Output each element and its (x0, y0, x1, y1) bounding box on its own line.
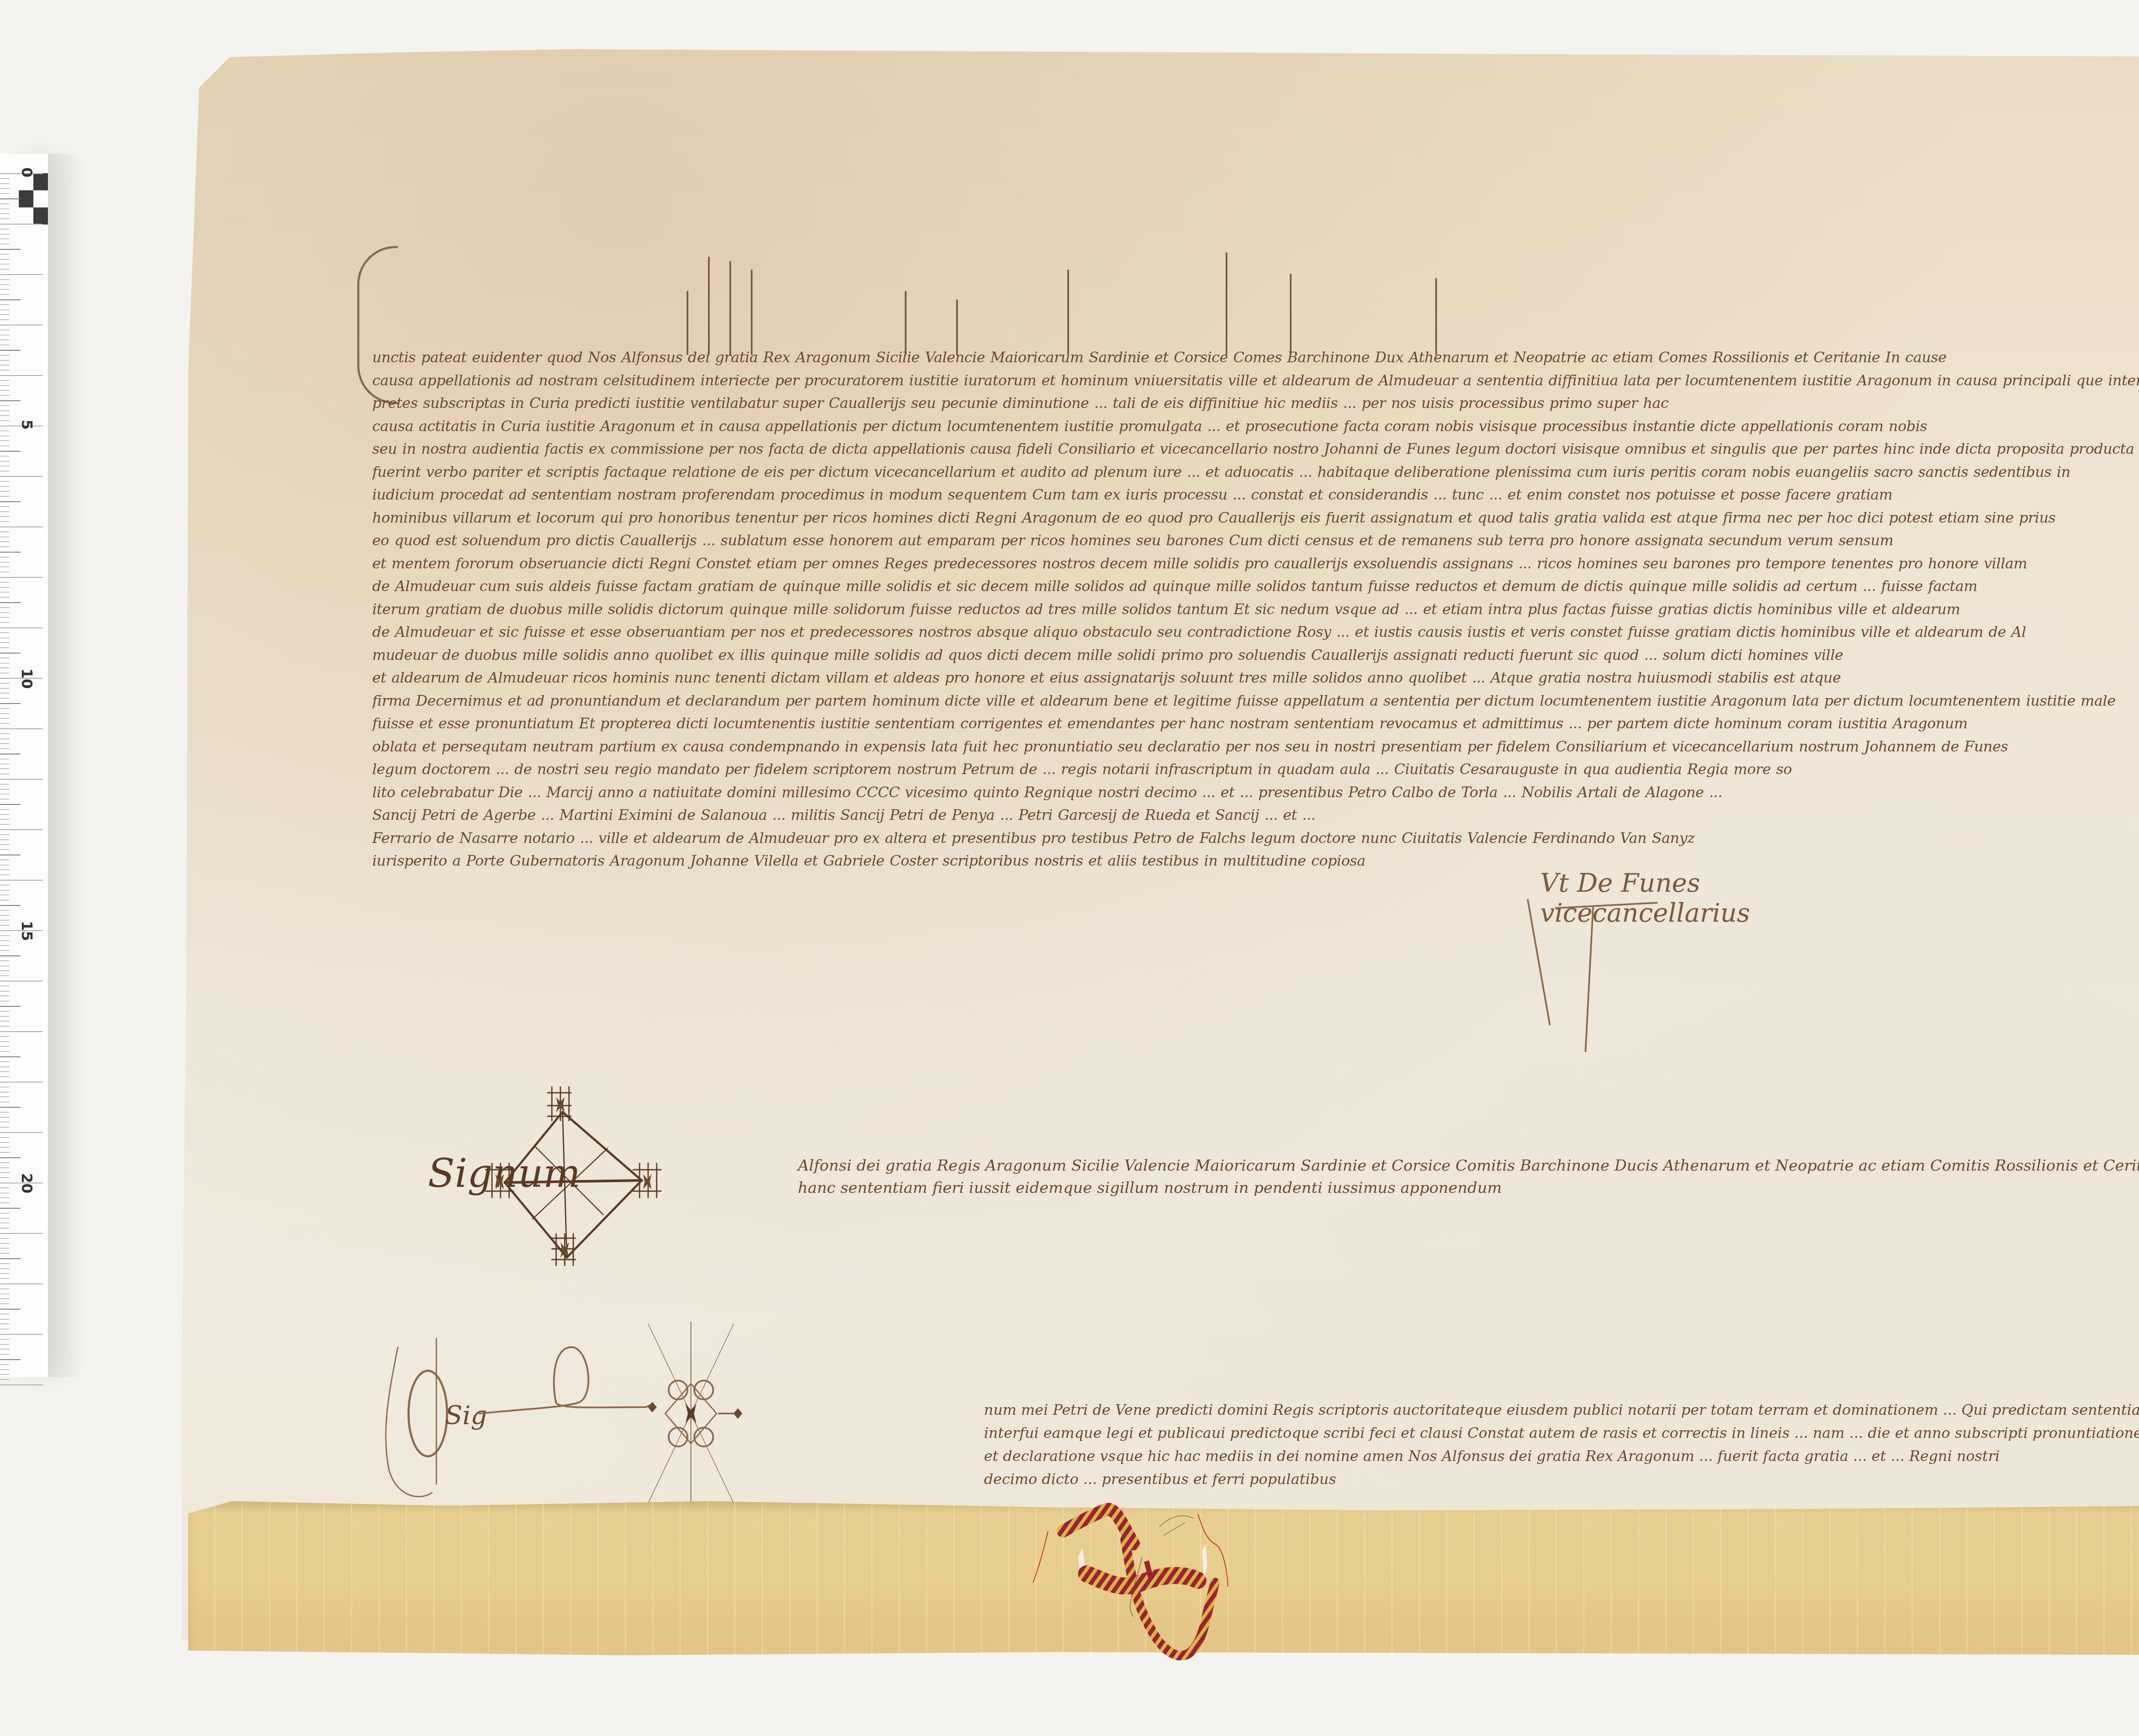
ruler-tick (0, 1142, 9, 1143)
ruler-tick (0, 476, 43, 477)
charter-text-line: seu in nostra audientia factis ex commis… (372, 438, 2139, 461)
ruler-tick (0, 1168, 9, 1168)
signature-text: Vt De Funes vicecancellarius (1540, 868, 1750, 928)
charter-text-line: eo quod est soluendum pro dictis Caualle… (372, 529, 2139, 553)
ruler-tick (0, 249, 21, 250)
ruler-tick (0, 1384, 43, 1385)
ruler-tick (0, 955, 21, 956)
signum-line: hanc sententiam fieri iussit eidemque si… (798, 1177, 2139, 1199)
ruler-label: 5 (18, 416, 35, 433)
ruler-tick (0, 1213, 9, 1213)
notary-line: et declaratione vsque hic hac mediis in … (984, 1445, 2139, 1468)
ruler-tick (0, 178, 9, 179)
ruler-tick (0, 920, 9, 920)
ruler-tick (0, 1309, 21, 1310)
ruler-tick (0, 395, 9, 396)
ruler-tick (0, 1269, 9, 1269)
ruler-tick (0, 1208, 21, 1209)
ruler-tick (0, 733, 9, 734)
ruler-tick (0, 567, 9, 567)
ruler-tick (0, 940, 9, 941)
ruler-tick (0, 789, 9, 790)
ruler-tick (0, 1258, 21, 1259)
ruler-tick (0, 1137, 9, 1138)
ruler-tick (0, 360, 9, 361)
ruler-tick (0, 1026, 9, 1026)
ruler-tick (0, 380, 9, 381)
ruler-tick (0, 1223, 9, 1223)
ruler-tick (0, 794, 9, 794)
scale-checker-block (33, 173, 48, 190)
ruler-tick (0, 1087, 9, 1087)
ruler-tick (0, 310, 9, 310)
charter-text-line: iurisperito a Porte Gubernatoris Aragonu… (372, 850, 2139, 873)
ruler-tick (0, 274, 43, 275)
charter-text-line: pretes subscriptas in Curia predicti ius… (372, 392, 2139, 415)
ruler-tick (0, 224, 43, 225)
ruler-tick (0, 1177, 9, 1178)
ruler-tick (0, 547, 9, 547)
ruler-tick (0, 254, 9, 254)
ruler-tick (0, 314, 9, 315)
ruler-tick (0, 572, 9, 572)
ruler-tick (0, 840, 9, 840)
ruler-tick (0, 244, 9, 244)
svg-text:Sig: Sig (445, 1401, 487, 1431)
ruler-tick (0, 1253, 9, 1254)
measurement-scale-ruler: 05101520 (0, 154, 48, 1377)
ruler-tick (0, 345, 9, 345)
charter-text-line: oblata et persequtam neutram partium ex … (372, 736, 2139, 759)
ruler-tick (0, 415, 9, 416)
charter-text-line: de Almudeuar cum suis aldeis fuisse fact… (372, 575, 2139, 598)
ruler-tick (0, 1188, 9, 1188)
ruler-tick (0, 1011, 9, 1011)
ruler-tick (0, 1233, 43, 1234)
ruler-tick (0, 642, 9, 643)
ruler-tick (0, 804, 21, 805)
ruler-tick (0, 198, 21, 199)
ruler-tick (0, 748, 9, 749)
ruler-tick (0, 1076, 9, 1077)
ruler-tick (0, 1369, 9, 1370)
charter-text-line: et aldearum de Almudeuar ricos hominis n… (372, 667, 2139, 690)
ruler-tick (0, 1051, 9, 1052)
ruler-tick (0, 1067, 9, 1067)
ruler-tick (0, 532, 9, 532)
ruler-tick (0, 728, 43, 729)
ruler-tick (0, 638, 9, 638)
ruler-tick (0, 456, 9, 456)
ruler-tick (0, 673, 9, 673)
ruler-tick (0, 420, 9, 421)
ruler-tick (0, 865, 9, 865)
ruler-tick (0, 562, 9, 562)
ruler-tick (0, 743, 9, 744)
ruler-tick (0, 204, 9, 204)
ruler-tick (0, 834, 9, 835)
ruler-tick (0, 436, 9, 436)
ruler-label: 15 (18, 921, 35, 938)
ruler-tick (0, 996, 9, 996)
ruler-tick (0, 1117, 9, 1118)
ruler-tick (0, 496, 9, 497)
ruler-tick (0, 1062, 9, 1062)
ruler-tick (0, 1016, 9, 1017)
ruler-tick (0, 229, 9, 229)
ruler-tick (0, 658, 9, 658)
ruler-tick (0, 1132, 43, 1133)
ruler-tick (0, 824, 9, 825)
ruler-tick (0, 284, 9, 285)
ruler-tick (0, 607, 9, 608)
ruler-tick (0, 981, 43, 982)
ruler-tick (0, 239, 9, 239)
royal-signum-cross-icon (462, 1086, 676, 1266)
notarial-sign-icon: Sig (372, 1322, 1040, 1505)
ruler-tick (0, 663, 9, 663)
ruler-tick (0, 718, 9, 719)
ruler-tick (0, 385, 9, 386)
charter-text-line: iterum gratiam de duobus mille solidis d… (372, 598, 2139, 621)
ruler-tick (0, 279, 9, 280)
ruler-tick (0, 970, 9, 971)
charter-text-line: iudicium procedat ad sententiam nostram … (372, 484, 2139, 507)
ruler-tick (0, 1344, 9, 1345)
ruler-tick (0, 213, 9, 214)
charter-text-line: Sancij Petri de Agerbe ... Martini Eximi… (372, 804, 2139, 827)
charter-text-line: fuerint verbo pariter et scriptis factaq… (372, 461, 2139, 484)
ruler-tick (0, 269, 9, 269)
ruler-tick (0, 1193, 9, 1193)
ruler-tick (0, 526, 43, 527)
charter-text-line: Ferrario de Nasarre notario ... ville et… (372, 827, 2139, 850)
ruler-tick (0, 945, 9, 946)
ruler-tick (0, 829, 43, 830)
ruler-tick (0, 330, 9, 330)
ruler-tick (0, 516, 9, 517)
ruler-tick (0, 809, 9, 810)
ruler-tick (0, 1112, 9, 1112)
signum-line: Alfonsi dei gratia Regis Aragonum Sicili… (798, 1155, 2139, 1177)
ruler-tick (0, 779, 43, 780)
notary-line: num mei Petri de Vene predicti domini Re… (984, 1399, 2139, 1422)
ruler-tick (0, 925, 9, 926)
ruler-tick (0, 193, 9, 194)
ruler-tick (0, 319, 9, 320)
ruler-tick (0, 1298, 9, 1299)
ruler-tick (0, 612, 9, 613)
ruler-tick (0, 461, 9, 461)
ruler-tick (0, 819, 9, 819)
ruler-tick (0, 713, 9, 714)
ruler-tick (0, 915, 9, 916)
ruler-tick (0, 754, 21, 754)
ruler-tick (0, 1278, 9, 1279)
ruler-tick (0, 466, 9, 466)
ruler-tick (0, 1374, 9, 1375)
ruler-tick (0, 355, 9, 355)
ruler-tick (0, 759, 9, 759)
ruler-tick (0, 875, 9, 875)
charter-body-text: unctis pateat euidenter quod Nos Alfonsu… (372, 346, 2139, 873)
ruler-label: 0 (18, 164, 35, 181)
ruler-tick (0, 1349, 9, 1349)
ruler-tick (0, 1082, 43, 1082)
ruler-tick (0, 693, 9, 693)
ruler-tick (0, 723, 9, 724)
ruler-tick (0, 1324, 9, 1324)
notary-line: interfui eamque legi et publicaui predic… (984, 1422, 2139, 1445)
ruler-tick (0, 441, 9, 441)
ruler-tick (0, 1314, 9, 1314)
ruler-tick (0, 900, 9, 900)
ruler-tick (0, 582, 9, 583)
ruler-tick (0, 264, 9, 264)
ruler-tick (0, 622, 9, 623)
charter-text-line: causa actitatis in Curia iustitie Aragon… (372, 415, 2139, 438)
ruler-shadow (48, 154, 86, 1377)
ruler-tick (0, 1152, 9, 1153)
ruler-tick (0, 1359, 21, 1360)
ruler-tick (0, 1102, 9, 1102)
ruler-tick (0, 966, 9, 966)
ruler-tick (0, 799, 9, 799)
ruler-tick (0, 1364, 9, 1365)
ruler-tick (0, 1273, 9, 1274)
ruler-tick (0, 764, 9, 764)
ruler-tick (0, 1157, 21, 1158)
ruler-tick (0, 305, 9, 305)
ruler-tick (0, 1238, 9, 1239)
ruler-tick (0, 335, 9, 335)
ruler-tick (0, 552, 21, 553)
ruler-tick (0, 991, 9, 991)
ruler-tick (0, 501, 21, 502)
ruler-tick (0, 895, 9, 895)
ruler-tick (0, 1334, 43, 1335)
charter-text-line: firma Decernimus et ad pronuntiandum et … (372, 690, 2139, 713)
ruler-tick (0, 668, 9, 668)
ruler-tick (0, 1248, 9, 1248)
ruler-tick (0, 1218, 9, 1218)
ruler-tick (0, 1001, 9, 1001)
ruler-tick (0, 1036, 9, 1037)
ruler-tick (0, 769, 9, 769)
ruler-tick (0, 325, 43, 325)
ruler-tick (0, 869, 9, 870)
ruler-tick (0, 1122, 9, 1122)
ruler-tick (0, 602, 21, 603)
ruler-tick (0, 1006, 21, 1007)
ruler-tick (0, 976, 9, 976)
ruler-tick (0, 855, 21, 855)
ruler-tick (0, 481, 9, 482)
ruler-tick (0, 451, 21, 452)
ruler-label: 10 (18, 668, 35, 686)
ruler-tick (0, 537, 9, 537)
ruler-tick (0, 1304, 9, 1304)
ruler-tick (0, 400, 21, 401)
ruler-tick (0, 739, 9, 739)
ruler-tick (0, 188, 9, 189)
ruler-tick (0, 587, 9, 588)
ruler-tick (0, 961, 9, 961)
ruler-tick (0, 486, 9, 487)
ruler-tick (0, 1329, 9, 1329)
ruler-tick (0, 390, 9, 390)
scale-checker-block (19, 190, 33, 207)
ruler-tick (0, 1041, 9, 1042)
vicechancellor-signature: Vt De Funes vicecancellarius (1521, 868, 1662, 1056)
ruler-tick (0, 774, 9, 774)
charter-text-line: de Almudeuar et sic fuisse et esse obser… (372, 621, 2139, 644)
ruler-tick (0, 688, 9, 689)
ruler-tick (0, 860, 9, 860)
ruler-tick (0, 1021, 9, 1021)
ruler-tick (0, 506, 9, 507)
ruler-tick (0, 340, 9, 340)
ruler-tick (0, 209, 9, 209)
ruler-tick (0, 577, 43, 578)
ruler-tick (0, 592, 9, 592)
charter-text-line: unctis pateat euidenter quod Nos Alfonsu… (372, 346, 2139, 370)
charter-text-line: et mentem fororum obseruancie dicti Regn… (372, 553, 2139, 576)
ruler-tick (0, 784, 9, 784)
ruler-tick (0, 1162, 9, 1163)
ruler-tick (0, 1127, 9, 1127)
ruler-tick (0, 294, 9, 295)
ruler-tick (0, 1294, 9, 1294)
silk-seal-cord-icon (1022, 1497, 1330, 1677)
ruler-tick (0, 350, 21, 351)
charter-text-line: fuisse et esse pronuntiatum Et propterea… (372, 713, 2139, 736)
ruler-tick (0, 431, 9, 431)
ruler-tick (0, 950, 9, 951)
ruler-tick (0, 471, 9, 471)
ruler-tick (0, 289, 9, 290)
ruler-tick (0, 814, 9, 815)
ruler-tick (0, 1319, 9, 1319)
ruler-tick (0, 885, 9, 885)
ruler-tick (0, 597, 9, 597)
elongated-capitals (682, 252, 1452, 355)
scale-checker-block (33, 207, 48, 225)
ruler-tick (0, 1203, 9, 1203)
ruler-tick (0, 905, 21, 906)
ruler-tick (0, 880, 43, 881)
ruler-tick (0, 1379, 9, 1380)
ruler-tick (0, 405, 9, 406)
ruler-tick (0, 491, 9, 491)
ruler-tick (0, 1071, 9, 1072)
charter-text-line: hominibus villarum et locorum qui pro ho… (372, 507, 2139, 530)
ruler-tick (0, 1046, 9, 1047)
ruler-tick (0, 557, 9, 557)
ruler-tick (0, 1354, 9, 1354)
ruler-tick (0, 910, 9, 911)
ruler-tick (0, 890, 9, 890)
ruler-tick (0, 633, 9, 633)
ruler-tick (0, 234, 9, 234)
ruler-tick (0, 411, 9, 411)
ruler-tick (0, 1243, 9, 1244)
ruler-tick (0, 219, 9, 219)
signum-text: Alfonsi dei gratia Regis Aragonum Sicili… (798, 1155, 2139, 1199)
ruler-tick (0, 844, 9, 845)
ruler-tick (0, 1107, 21, 1108)
ruler-tick (0, 375, 43, 376)
ruler-tick (0, 1289, 9, 1289)
ruler-tick (0, 1056, 21, 1057)
ruler-tick (0, 1198, 9, 1198)
ruler-tick (0, 1339, 9, 1340)
ruler-tick (0, 935, 9, 936)
ruler-tick (0, 703, 21, 704)
ruler-tick (0, 1284, 43, 1284)
charter-text-line: mudeuar de duobus mille solidis anno quo… (372, 644, 2139, 667)
ruler-tick (0, 1228, 9, 1228)
ruler-tick (0, 541, 9, 542)
ruler-tick (0, 446, 9, 446)
ruler-tick (0, 653, 21, 654)
charter-text-line: causa appellationis ad nostram celsitudi… (372, 370, 2139, 393)
charter-text-line: legum doctorem ... de nostri seu regio m… (372, 758, 2139, 781)
ruler-tick (0, 1172, 9, 1173)
ruler-tick (0, 521, 9, 522)
ruler-tick (0, 1263, 9, 1264)
ruler-tick (0, 986, 9, 986)
ruler-tick (0, 1031, 43, 1032)
ruler-tick (0, 183, 9, 184)
ruler-tick (0, 512, 9, 512)
ruler-tick (0, 365, 9, 365)
ruler-tick (0, 708, 9, 709)
ruler-tick (0, 1147, 9, 1147)
ruler-tick (0, 849, 9, 850)
charter-text-line: lito celebrabatur Die ... Marcij anno a … (372, 781, 2139, 804)
ruler-tick (0, 370, 9, 370)
ruler-tick (0, 617, 9, 618)
notary-line: decimo dicto ... presentibus et ferri po… (984, 1468, 2139, 1491)
ruler-tick (0, 648, 9, 648)
notarial-subscription: num mei Petri de Vene predicti domini Re… (984, 1399, 2139, 1491)
ruler-tick (0, 698, 9, 698)
ruler-tick (0, 259, 9, 260)
ruler-tick (0, 1097, 9, 1097)
ruler-tick (0, 1092, 9, 1092)
ruler-tick (0, 683, 9, 683)
ruler-label: 20 (18, 1173, 35, 1190)
ruler-tick (0, 627, 43, 628)
ruler-tick (0, 299, 21, 300)
